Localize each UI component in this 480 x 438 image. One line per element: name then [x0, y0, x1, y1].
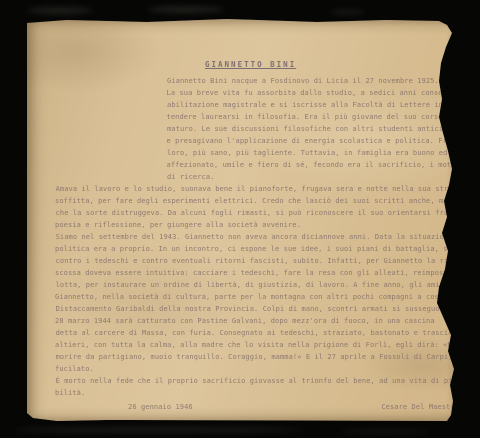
text-line: Giannetto, nella società di cultura, par… — [55, 291, 451, 303]
text-line: affezionato, umile e fiero di sé, fecond… — [167, 159, 451, 171]
text-line: soffitta, per fare degli esperimenti ele… — [55, 195, 451, 207]
background-smudge — [28, 7, 92, 14]
background-smudge — [330, 9, 364, 15]
text-line: fucilato. — [55, 363, 451, 375]
text-line: di ricerca. — [167, 171, 451, 183]
text-line: altieri, con tutta la calma, alla madre … — [55, 339, 451, 351]
body-paragraphs: Amava il lavoro e lo studio, suonava ben… — [55, 183, 451, 399]
text-line: loro, più sano, più tagliente. Tuttavia,… — [167, 147, 451, 159]
text-line: tendere laurearsi in filosofia. Era il p… — [167, 111, 451, 123]
text-line: maturo. Le sue discussioni filosofiche c… — [167, 123, 451, 135]
text-line: detta al carcere di Massa, con furia. Co… — [56, 327, 452, 339]
scanner-background: GIANNETTO BINI Giannetto Bini nacque a F… — [0, 0, 480, 438]
document-footer: 26 gennaio 1946 Cesare Del Maestri — [55, 401, 451, 413]
text-line: È morto nella fede che il proprio sacrif… — [56, 375, 452, 387]
intro-paragraph: Giannetto Bini nacque a Fosdinovo di Lic… — [55, 75, 451, 183]
text-line: abilitazione magistrale e si iscrisse al… — [167, 99, 451, 111]
background-smudge — [340, 429, 430, 434]
typewritten-text: GIANNETTO BINI Giannetto Bini nacque a F… — [55, 59, 451, 413]
text-line: contro i tedeschi e contro eventuali rit… — [56, 255, 452, 267]
background-smudge — [148, 6, 224, 13]
text-line: politica era a proprio. In un incontro, … — [55, 243, 451, 255]
text-line: 28 marzo 1944 sarà catturato con Pastine… — [55, 315, 451, 327]
text-line: Distaccamento Garibaldi della nostra Pro… — [56, 303, 452, 315]
text-line: morire da partigiano, muoio tranquillo. … — [56, 351, 452, 363]
text-line: scossa doveva essere intuitiva: cacciare… — [55, 267, 451, 279]
text-line: poesia e riflessione, per giungere alla … — [55, 219, 451, 231]
text-line: Amava il lavoro e lo studio, suonava ben… — [56, 183, 452, 195]
document-signature: Cesare Del Maestri — [381, 401, 457, 413]
text-line: Siamo nel settembre del 1943. Giannetto … — [56, 231, 452, 243]
document-date: 26 gennaio 1946 — [128, 401, 193, 413]
text-line: Giannetto Bini nacque a Fosdinovo di Lic… — [167, 75, 451, 87]
text-line: lotta, per instaurare un ordine di liber… — [56, 279, 452, 291]
text-line: che la sorte distruggeva. Da alcuni fogl… — [56, 207, 452, 219]
background-smudge — [14, 427, 304, 433]
text-line: e presagivano l'applicazione di energia … — [167, 135, 451, 147]
document-title: GIANNETTO BINI — [205, 59, 451, 71]
text-line: bilità. — [55, 387, 451, 399]
text-line: La sua breve vita fu assorbita dallo stu… — [167, 87, 451, 99]
scanned-document: GIANNETTO BINI Giannetto Bini nacque a F… — [27, 19, 457, 422]
